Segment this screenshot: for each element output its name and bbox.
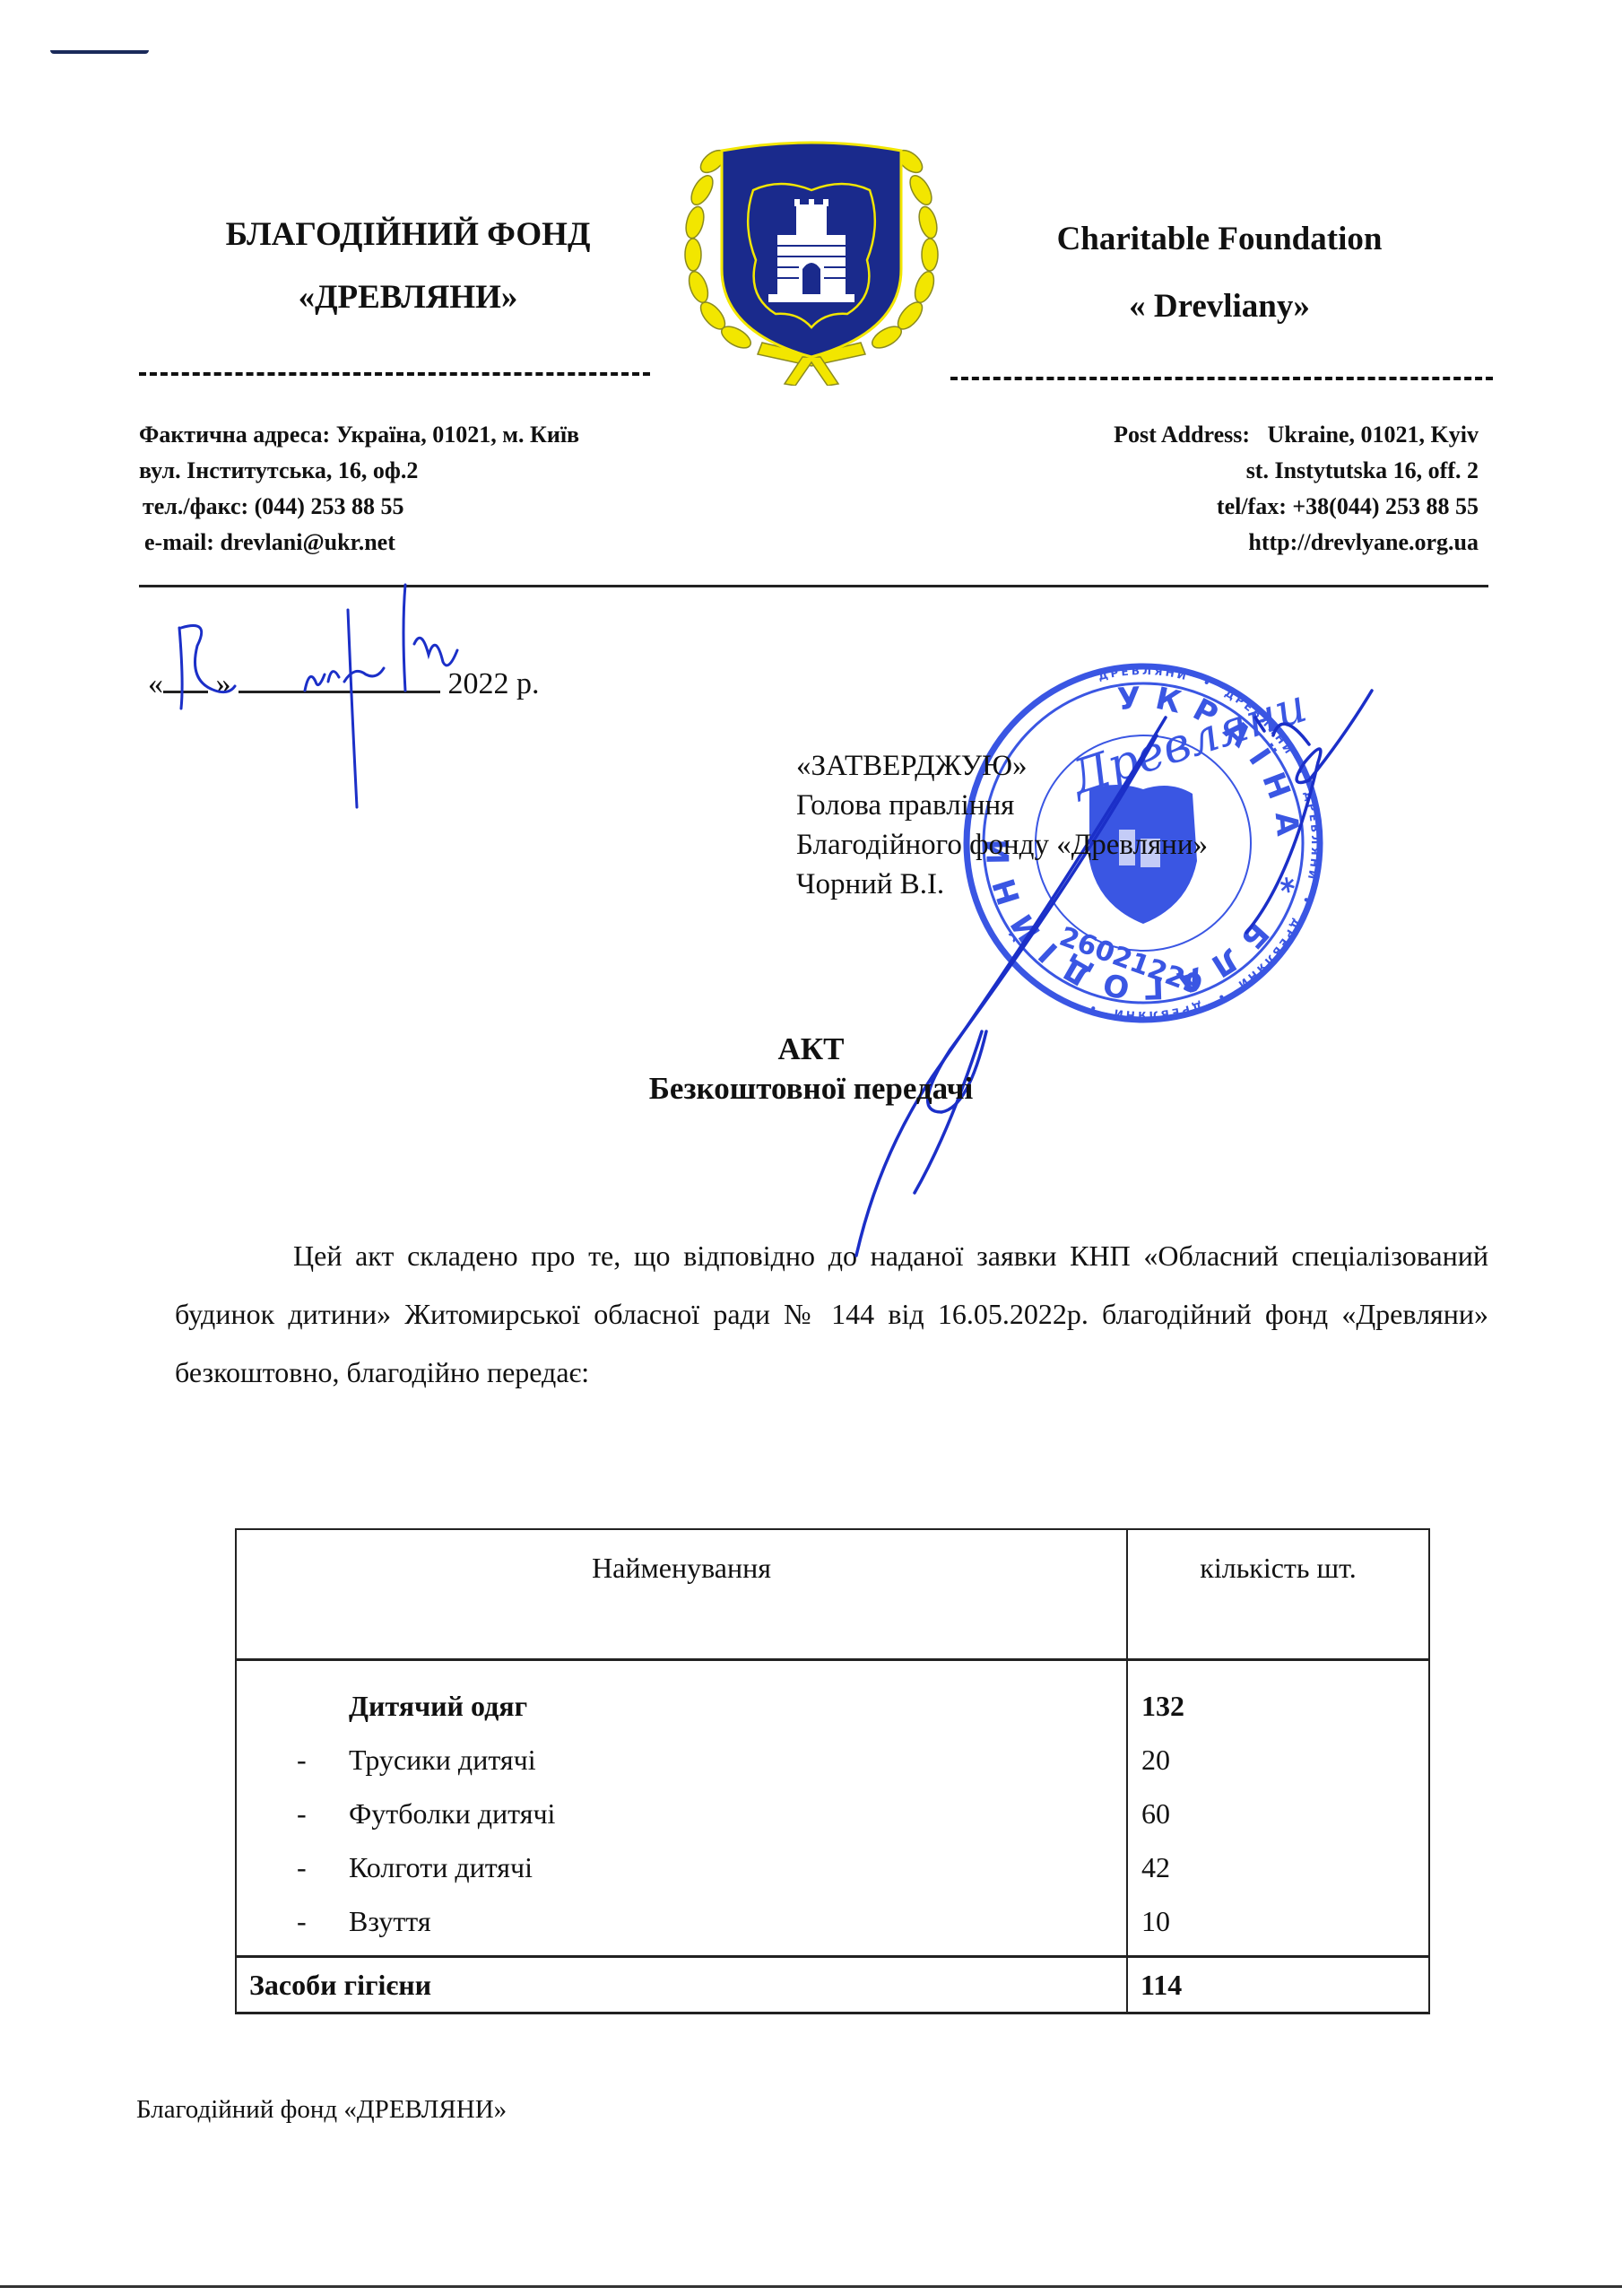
approval-signatory: Чорний В.І.: [796, 865, 1208, 904]
approval-position: Голова правління: [796, 786, 1208, 825]
group-names-cell: Дитячий одяг -Трусики дитячі -Футболки д…: [236, 1660, 1127, 1957]
footer-signature-org: Благодійний фонд «ДРЕВЛЯНИ»: [136, 2095, 507, 2125]
document-date: « » 2022 р.: [148, 664, 540, 701]
group-quantity: 132: [1129, 1679, 1427, 1733]
item-quantity: 60: [1129, 1787, 1427, 1840]
address-en: Post Address: Ukraine, 01021, Kyiv st. I…: [1114, 417, 1479, 561]
hygiene-quantity: 114: [1127, 1957, 1429, 2013]
address-uk-line: Фактична адреса: Україна, 01021, м. Київ: [139, 417, 579, 453]
scan-corner-mark: [50, 45, 149, 54]
date-day-field: [163, 664, 208, 693]
table-row: -Футболки дитячі: [238, 1787, 1125, 1840]
org-name-en-line2: « Drevliany»: [986, 287, 1453, 326]
page-bottom-rule: [0, 2285, 1622, 2288]
org-name-uk-line1: БЛАГОДІЙНИЙ ФОНД: [143, 215, 672, 254]
approval-organization: Благодійного фонду «Древляни»: [796, 825, 1208, 865]
date-open-quote: «: [148, 667, 163, 700]
header-quantity: кількість шт.: [1127, 1529, 1429, 1660]
svg-text:26021229: 26021229: [1055, 921, 1207, 1002]
coat-of-arms-logo: [677, 135, 946, 386]
table-row: -Взуття: [238, 1894, 1125, 1948]
address-en-line: Post Address: Ukraine, 01021, Kyiv: [1114, 417, 1479, 453]
item-quantity: 20: [1129, 1733, 1427, 1787]
date-close-quote: »: [216, 667, 231, 700]
group-quantities-cell: 132 20 60 42 10: [1127, 1660, 1429, 1957]
document-subtitle: Безкоштовної передачі: [0, 1069, 1622, 1109]
approval-heading: «ЗАТВЕРДЖУЮ»: [796, 746, 1208, 786]
hygiene-name: Засоби гігієни: [236, 1957, 1127, 2013]
table-row: -Колготи дитячі: [238, 1840, 1125, 1894]
item-quantity: 10: [1129, 1894, 1427, 1948]
body-paragraph: Цей акт складено про те, що відповідно д…: [175, 1227, 1488, 1402]
date-month-field: [239, 664, 440, 693]
items-table: Найменування кількість шт. Дитячий одяг …: [235, 1528, 1430, 2014]
address-uk-phone: тел./факс: (044) 253 88 55: [139, 489, 579, 525]
address-en-website: http://drevlyane.org.ua: [1114, 525, 1479, 561]
address-uk-line: вул. Інститутська, 16, оф.2: [139, 453, 579, 489]
table-row-hygiene: Засоби гігієни 114: [236, 1957, 1429, 2013]
address-uk: Фактична адреса: Україна, 01021, м. Київ…: [139, 417, 579, 561]
table-header-row: Найменування кількість шт.: [236, 1529, 1429, 1660]
item-quantity: 42: [1129, 1840, 1427, 1894]
header-name: Найменування: [236, 1529, 1127, 1660]
document-title: АКТ: [0, 1030, 1622, 1069]
table-group-row: Дитячий одяг -Трусики дитячі -Футболки д…: [236, 1660, 1429, 1957]
dashed-divider-right: [950, 377, 1493, 380]
address-en-phone: tel/fax: +38(044) 253 88 55: [1114, 489, 1479, 525]
table-row: -Трусики дитячі: [238, 1733, 1125, 1787]
address-uk-email: e-mail: drevlani@ukr.net: [139, 525, 579, 561]
approval-block: «ЗАТВЕРДЖУЮ» Голова правління Благодійно…: [796, 746, 1208, 904]
org-name-en-line1: Charitable Foundation: [986, 220, 1453, 258]
letterhead-divider: [139, 585, 1488, 587]
group-name: Дитячий одяг: [238, 1679, 1125, 1733]
date-year: 2022 р.: [448, 667, 540, 700]
body-paragraph-text: Цей акт складено про те, що відповідно д…: [175, 1239, 1488, 1388]
address-en-line: st. Instytutska 16, off. 2: [1114, 453, 1479, 489]
dashed-divider-left: [139, 372, 650, 376]
org-name-uk-line2: «ДРЕВЛЯНИ»: [143, 278, 672, 317]
